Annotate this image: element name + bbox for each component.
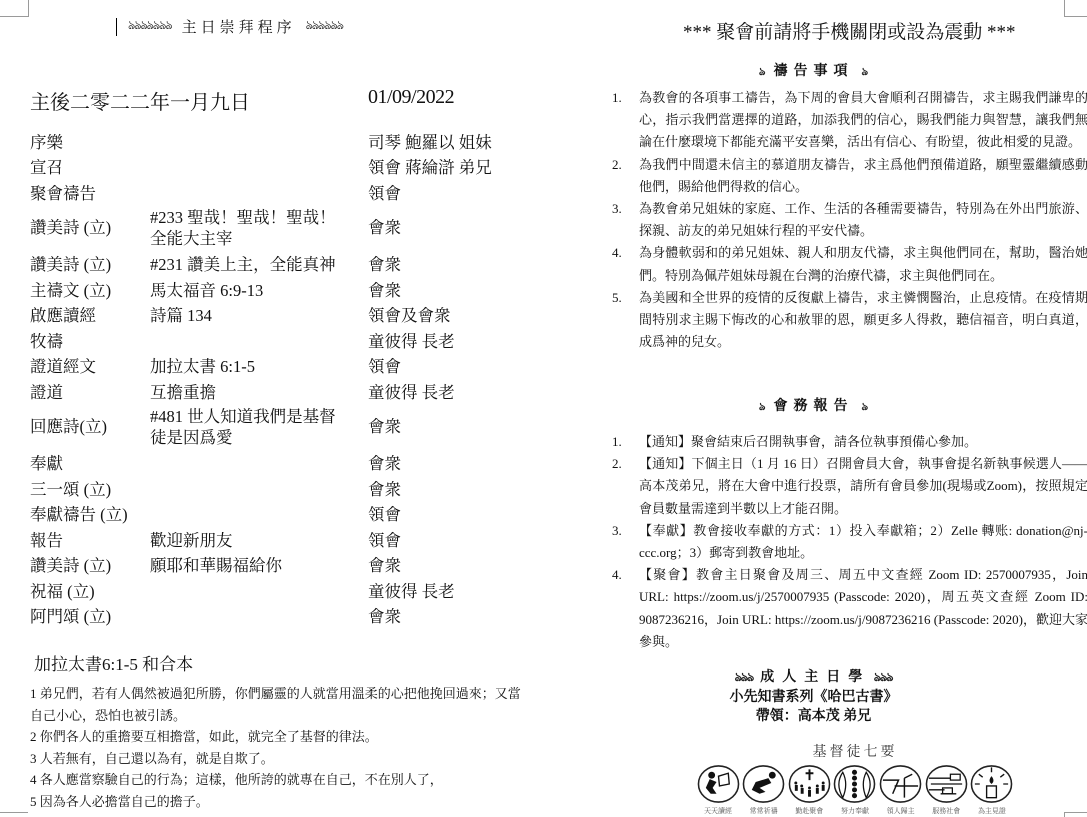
ornament-icon: ঌ bbox=[862, 65, 869, 78]
date-numeric: 01/09/2022 bbox=[368, 86, 454, 109]
prayer-item: 4.為身體軟弱和的弟兄姐妹、親人和朋友代禱，求主與他們同在，幫助，醫治她們。特別… bbox=[612, 242, 1087, 286]
ornament-icon: ঌঌঌঌঌঌঌ bbox=[128, 17, 172, 37]
prayer-title-text: 禱告事項 bbox=[774, 64, 854, 79]
service-by: 會衆 bbox=[368, 217, 530, 238]
item-text: 為教會弟兄姐妹的家庭、工作、生活的各種需要禱告，特別為在外出門旅游、探親、訪友的… bbox=[639, 201, 1087, 238]
service-item: 回應詩(立) bbox=[30, 416, 150, 437]
item-text: 【通知】下個主日（1 月 16 日）召開會員大會，執事會提名新執事候選人——高本… bbox=[639, 456, 1087, 515]
date-chinese: 主後二零二二年一月九日 bbox=[30, 86, 250, 115]
item-number: 2. bbox=[612, 154, 622, 176]
crop-mark-bottom-right bbox=[1064, 812, 1087, 817]
essential-item: 為主見證 bbox=[970, 764, 1014, 816]
service-row: 奉獻禱告 (立)領會 bbox=[30, 501, 530, 527]
item-number: 5. bbox=[612, 287, 622, 309]
service-item: 奉獻 bbox=[30, 450, 150, 474]
service-detail: #481 世人知道我們是基督徒是因爲愛 bbox=[150, 406, 350, 448]
essential-label: 天天讀經 bbox=[696, 806, 740, 816]
prayer-item: 3.為教會弟兄姐妹的家庭、工作、生活的各種需要禱告，特別為在外出門旅游、探親、訪… bbox=[612, 198, 1087, 242]
service-item: 讚美詩 (立) bbox=[30, 217, 150, 238]
service-detail: #231 讚美上主，全能真神 bbox=[150, 251, 368, 275]
service-by: 會衆 bbox=[368, 450, 530, 474]
scripture-verse: 4 各人應當察驗自己的行為；這樣，他所誇的就專在自己，不在別人了， bbox=[30, 769, 530, 791]
service-row: 牧禱童彼得 長老 bbox=[30, 327, 530, 353]
service-by: 童彼得 長老 bbox=[368, 578, 530, 602]
item-number: 3. bbox=[612, 520, 622, 542]
scripture-verse: 5 因為各人必擔當自己的擔子。 bbox=[30, 791, 530, 813]
scripture-verse: 2 你們各人的重擔要互相擔當，如此，就完全了基督的律法。 bbox=[30, 726, 530, 748]
seven-essentials-icons: 天天讀經 常常祈禱 勤赴聚會 努力奉獻 領人歸主 服務社會 bbox=[696, 764, 1014, 816]
right-page: *** 聚會前請將手機關閉或設為震動 *** ঌ禱告事項ঌ 1.為教會的各項事工… bbox=[540, 0, 1087, 817]
announcements-list: 1.【通知】聚會結束后召開執事會，請各位執事預備心參加。 2.【通知】下個主日（… bbox=[612, 431, 1087, 653]
item-text: 【通知】聚會結束后召開執事會，請各位執事預備心參加。 bbox=[639, 434, 977, 449]
praying-icon bbox=[742, 764, 785, 804]
reading-bible-icon bbox=[697, 764, 740, 804]
service-by: 會衆 bbox=[368, 416, 530, 437]
service-row: 報告歡迎新朋友領會 bbox=[30, 526, 530, 552]
ornament-icon: ঌঌঌ bbox=[874, 670, 893, 684]
item-number: 4. bbox=[612, 242, 622, 264]
service-detail: 互擔重擔 bbox=[150, 379, 368, 403]
service-row: 啟應讀經詩篇 134領會及會衆 bbox=[30, 302, 530, 328]
service-by: 會衆 bbox=[368, 277, 530, 301]
service-item: 主禱文 (立) bbox=[30, 277, 150, 301]
service-by: 童彼得 長老 bbox=[368, 328, 530, 352]
announcements-section-title: ঌ會務報告ঌ bbox=[540, 395, 1087, 417]
essential-label: 領人歸主 bbox=[879, 806, 923, 816]
seven-essentials-title: 基督徒七要 bbox=[696, 741, 1014, 761]
item-text: 為我們中間還未信主的慕道朋友禱告，求主爲他們預備道路，願聖靈繼續感動他們，賜給他… bbox=[639, 157, 1087, 194]
scripture-title: 加拉太書6:1-5 和合本 bbox=[34, 650, 193, 675]
service-by: 領會及會衆 bbox=[368, 302, 530, 326]
adult-school-leader: 帶領：高本茂 弟兄 bbox=[540, 707, 1087, 727]
item-number: 3. bbox=[612, 198, 622, 220]
essential-item: 天天讀經 bbox=[696, 764, 740, 816]
essential-item: 服務社會 bbox=[924, 764, 968, 816]
item-number: 2. bbox=[612, 453, 622, 475]
prayer-section-title: ঌ禱告事項ঌ bbox=[540, 60, 1087, 82]
prayer-item: 5.為美國和全世界的疫情的反復獻上禱告，求主憐憫醫治，止息疫情。在疫情期間特別求… bbox=[612, 287, 1087, 354]
ornament-icon: ঌ bbox=[759, 65, 766, 78]
service-row: 阿門頌 (立)會衆 bbox=[30, 603, 530, 629]
service-row: 三一頌 (立)會衆 bbox=[30, 475, 530, 501]
service-by: 領會 bbox=[368, 180, 530, 204]
service-row: 讚美詩 (立)#233 聖哉！聖哉！聖哉！全能大主宰會衆 bbox=[30, 205, 530, 251]
fish-offering-icon bbox=[833, 764, 876, 804]
service-row: 讚美詩 (立)願耶和華賜福給你會衆 bbox=[30, 552, 530, 578]
service-item: 證道經文 bbox=[30, 353, 150, 377]
adult-school-series: 小先知書系列《哈巴古書》 bbox=[540, 688, 1087, 708]
service-detail: 願耶和華賜福給你 bbox=[150, 552, 368, 576]
service-by: 會衆 bbox=[368, 552, 530, 576]
item-number: 1. bbox=[612, 87, 622, 109]
congregation-icon bbox=[788, 764, 831, 804]
service-item: 報告 bbox=[30, 527, 150, 551]
essential-label: 為主見證 bbox=[970, 806, 1014, 816]
service-by: 領會 bbox=[368, 353, 530, 377]
candle-icon bbox=[970, 764, 1013, 804]
announcement-item: 1.【通知】聚會結束后召開執事會，請各位執事預備心參加。 bbox=[612, 431, 1087, 453]
service-item: 讚美詩 (立) bbox=[30, 552, 150, 576]
service-row: 奉獻會衆 bbox=[30, 450, 530, 476]
service-item: 啟應讀經 bbox=[30, 302, 150, 326]
crop-mark-top-right bbox=[1064, 0, 1087, 17]
item-text: 【奉獻】教會接收奉獻的方式：1）投入奉獻箱；2）Zelle 轉账: donati… bbox=[639, 523, 1087, 560]
essential-item: 勤赴聚會 bbox=[787, 764, 831, 816]
announcements-title-text: 會務報告 bbox=[774, 399, 854, 414]
service-by: 童彼得 長老 bbox=[368, 379, 530, 403]
service-item: 奉獻禱告 (立) bbox=[30, 501, 150, 525]
service-by: 司琴 鮑羅以 姐妹 bbox=[368, 129, 530, 153]
ornament-icon: ঌ bbox=[759, 400, 766, 413]
scripture-text: 1 弟兄們，若有人偶然被過犯所勝，你們屬靈的人就當用溫柔的心把他挽回過來；又當自… bbox=[30, 683, 530, 813]
phone-notice: *** 聚會前請將手機關閉或設為震動 *** bbox=[683, 17, 1016, 44]
service-item: 讚美詩 (立) bbox=[30, 251, 150, 275]
crop-mark-bottom-left bbox=[0, 812, 28, 817]
service-row: 序樂司琴 鮑羅以 姐妹 bbox=[30, 128, 530, 154]
item-number: 4. bbox=[612, 564, 622, 586]
service-item: 序樂 bbox=[30, 129, 150, 153]
service-item: 祝福 (立) bbox=[30, 578, 150, 602]
ornament-icon: ঌঌঌ bbox=[735, 670, 754, 684]
item-text: 【聚會】教會主日聚會及周三、周五中文查經 Zoom ID: 2570007935… bbox=[639, 567, 1087, 649]
announcement-item: 2.【通知】下個主日（1 月 16 日）召開會員大會，執事會提名新執事候選人——… bbox=[612, 453, 1087, 520]
announcement-item: 4.【聚會】教會主日聚會及周三、周五中文查經 Zoom ID: 25700079… bbox=[612, 564, 1087, 653]
service-detail: 詩篇 134 bbox=[150, 302, 368, 326]
essential-item: 努力奉獻 bbox=[833, 764, 877, 816]
adult-sunday-school: ঌঌঌ 成人主日學 ঌঌঌ 小先知書系列《哈巴古書》 帶領：高本茂 弟兄 bbox=[540, 668, 1087, 727]
service-by: 會衆 bbox=[368, 476, 530, 500]
essential-label: 服務社會 bbox=[924, 806, 968, 816]
service-item: 阿門頌 (立) bbox=[30, 603, 150, 627]
service-detail: 歡迎新朋友 bbox=[150, 527, 368, 551]
prayer-item: 2.為我們中間還未信主的慕道朋友禱告，求主爲他們預備道路，願聖靈繼續感動他們，賜… bbox=[612, 154, 1087, 198]
service-row: 祝福 (立)童彼得 長老 bbox=[30, 577, 530, 603]
service-row: 證道經文加拉太書 6:1-5領會 bbox=[30, 353, 530, 379]
service-by: 領會 bbox=[368, 501, 530, 525]
essential-label: 常常祈禱 bbox=[742, 806, 786, 816]
order-of-service: 序樂司琴 鮑羅以 姐妹 宣召領會 蔣綸滸 弟兄 聚會禱告領會 讚美詩 (立)#2… bbox=[30, 128, 530, 628]
service-detail: 加拉太書 6:1-5 bbox=[150, 353, 368, 377]
service-row: 聚會禱告領會 bbox=[30, 179, 530, 205]
scripture-verse: 1 弟兄們，若有人偶然被過犯所勝，你們屬靈的人就當用溫柔的心把他挽回過來；又當自… bbox=[30, 683, 530, 726]
item-text: 為教會的各項事工禱告，為下周的會員大會順利召開禱告，求主賜我們謙卑的心，指示我們… bbox=[639, 90, 1087, 149]
item-text: 為美國和全世界的疫情的反復獻上禱告，求主憐憫醫治，止息疫情。在疫情期間特別求主賜… bbox=[639, 290, 1087, 349]
ornament-icon: ঌঌঌঌঌঌ bbox=[306, 17, 343, 37]
essential-label: 努力奉獻 bbox=[833, 806, 877, 816]
ornament-icon: ঌ bbox=[862, 400, 869, 413]
seven-essentials: 基督徒七要 天天讀經 常常祈禱 勤赴聚會 努力奉獻 領人歸主 bbox=[696, 741, 1014, 816]
service-order-header: ঌঌঌঌঌঌঌ 主日崇拜程序 ঌঌঌঌঌঌ bbox=[116, 16, 343, 37]
service-item: 牧禱 bbox=[30, 328, 150, 352]
adult-school-title-line: ঌঌঌ 成人主日學 ঌঌঌ bbox=[540, 668, 1087, 688]
service-detail: 馬太福音 6:9-13 bbox=[150, 277, 368, 301]
service-row: 宣召領會 蔣綸滸 弟兄 bbox=[30, 154, 530, 180]
service-item: 三一頌 (立) bbox=[30, 476, 150, 500]
service-item: 證道 bbox=[30, 379, 150, 403]
crop-mark-top-left bbox=[0, 0, 29, 17]
service-row: 讚美詩 (立)#231 讚美上主，全能真神會衆 bbox=[30, 251, 530, 277]
essential-label: 勤赴聚會 bbox=[787, 806, 831, 816]
service-item: 宣召 bbox=[30, 154, 150, 178]
item-text: 為身體軟弱和的弟兄姐妹、親人和朋友代禱，求主與他們同在，幫助，醫治她們。特別為佩… bbox=[639, 245, 1087, 282]
adult-school-title: 成人主日學 bbox=[760, 670, 870, 685]
service-row: 主禱文 (立)馬太福音 6:9-13會衆 bbox=[30, 276, 530, 302]
service-by: 會衆 bbox=[368, 603, 530, 627]
prayer-item: 1.為教會的各項事工禱告，為下周的會員大會順利召開禱告，求主賜我們謙卑的心，指示… bbox=[612, 87, 1087, 154]
prayer-list: 1.為教會的各項事工禱告，為下周的會員大會順利召開禱告，求主賜我們謙卑的心，指示… bbox=[612, 87, 1087, 353]
item-number: 1. bbox=[612, 431, 622, 453]
essential-item: 領人歸主 bbox=[879, 764, 923, 816]
scripture-verse: 3 人若無有，自己還以為有，就是自欺了。 bbox=[30, 748, 530, 770]
service-by: 領會 蔣綸滸 弟兄 bbox=[368, 154, 530, 178]
service-by: 領會 bbox=[368, 527, 530, 551]
service-by: 會衆 bbox=[368, 251, 530, 275]
essential-item: 常常祈禱 bbox=[742, 764, 786, 816]
service-item: 聚會禱告 bbox=[30, 180, 150, 204]
serving-hand-icon bbox=[925, 764, 968, 804]
left-page: ঌঌঌঌঌঌঌ 主日崇拜程序 ঌঌঌঌঌঌ 主後二零二二年一月九日 01/09/… bbox=[0, 0, 540, 817]
service-row: 證道互擔重擔童彼得 長老 bbox=[30, 378, 530, 404]
service-detail: #233 聖哉！聖哉！聖哉！全能大主宰 bbox=[150, 207, 350, 249]
service-order-title: 主日崇拜程序 bbox=[182, 16, 296, 37]
leading-to-lord-icon bbox=[879, 764, 922, 804]
service-row: 回應詩(立)#481 世人知道我們是基督徒是因爲愛會衆 bbox=[30, 404, 530, 450]
announcement-item: 3.【奉獻】教會接收奉獻的方式：1）投入奉獻箱；2）Zelle 轉账: dona… bbox=[612, 520, 1087, 564]
text-cursor bbox=[116, 18, 117, 36]
